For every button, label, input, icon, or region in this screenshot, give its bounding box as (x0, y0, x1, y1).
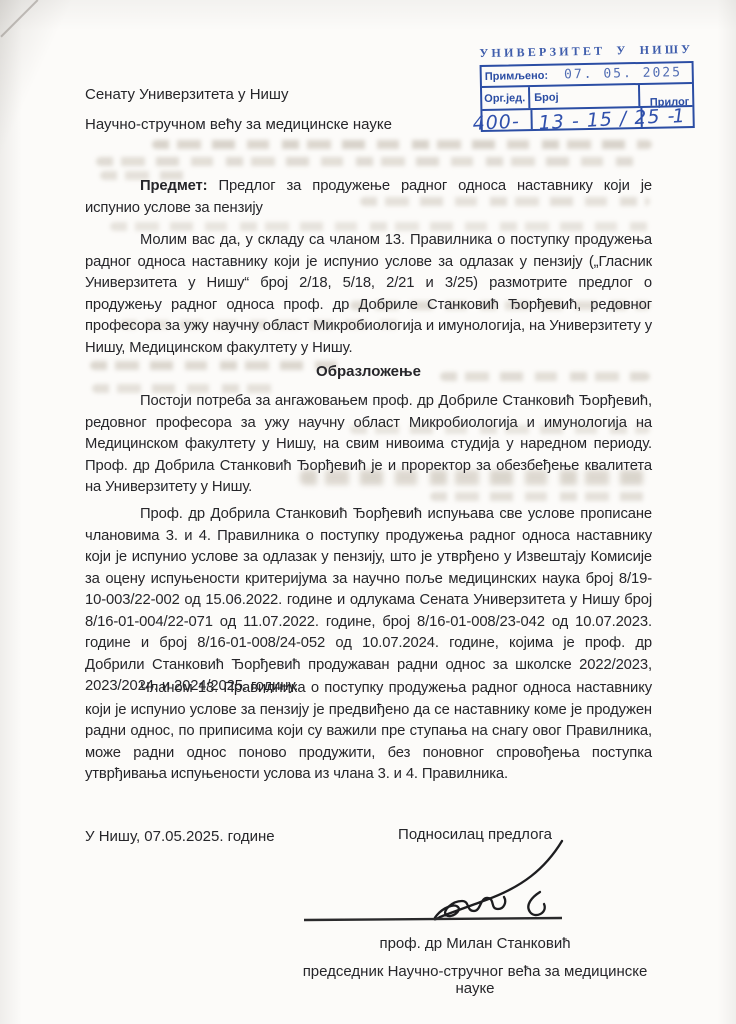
subject-line: Предмет: Предлог за продужење радног одн… (85, 176, 652, 219)
stamp-values-row: 400- 13 - 15 / 25 - 1 (482, 107, 692, 130)
bleed-through-artifact (96, 157, 636, 166)
handwritten-signature (290, 839, 660, 929)
paragraph-article-13: Чланом 13. Правилника о поступку продуже… (85, 678, 652, 786)
letter-footer: У Нишу, 07.05.2025. године Подносилац пр… (85, 826, 652, 996)
stamp-attachment-value: 1 (672, 105, 686, 128)
stamp-received-label: Примљено: (482, 69, 549, 82)
stamp-number-header: Број (530, 85, 640, 108)
scan-artifact (0, 0, 38, 37)
stamp-org-unit-value: 400- (472, 110, 520, 135)
section-heading-rationale: Образложење (85, 363, 652, 380)
scanned-letter-page: УНИВЕРЗИТЕТ У НИШУ Примљено: 07. 05. 202… (0, 0, 736, 1024)
stamp-received-date: 07. 05. 2025 (564, 65, 682, 82)
university-receipt-stamp: УНИВЕРЗИТЕТ У НИШУ Примљено: 07. 05. 202… (479, 42, 695, 132)
signature-area (290, 839, 660, 929)
stamp-cell-divider (530, 110, 532, 129)
paragraph-request: Молим вас да, у складу са чланом 13. Пра… (85, 230, 652, 359)
signature-block: Подносилац предлога проф. др Милан Станк… (290, 826, 660, 997)
stamp-university-name: УНИВЕРЗИТЕТ У НИШУ (479, 42, 693, 61)
bleed-through-artifact (152, 140, 652, 149)
paragraph-need: Постоји потреба за ангажовањем проф. др … (85, 391, 652, 499)
stamp-org-unit-header: Орг.јед. (482, 87, 530, 109)
place-and-date: У Нишу, 07.05.2025. године (85, 828, 275, 845)
paragraph-conditions: Проф. др Добрила Станковић Ђорђевић испу… (85, 504, 652, 698)
stamp-table: Примљено: 07. 05. 2025 Орг.јед. Број При… (480, 61, 695, 132)
signer-title: председник Научно-стручног већа за медиц… (290, 963, 660, 997)
signer-name: проф. др Милан Станковић (290, 935, 660, 952)
stamp-number-value: 13 - 15 / 25 - (538, 105, 676, 134)
subject-label: Предмет: (140, 178, 208, 194)
